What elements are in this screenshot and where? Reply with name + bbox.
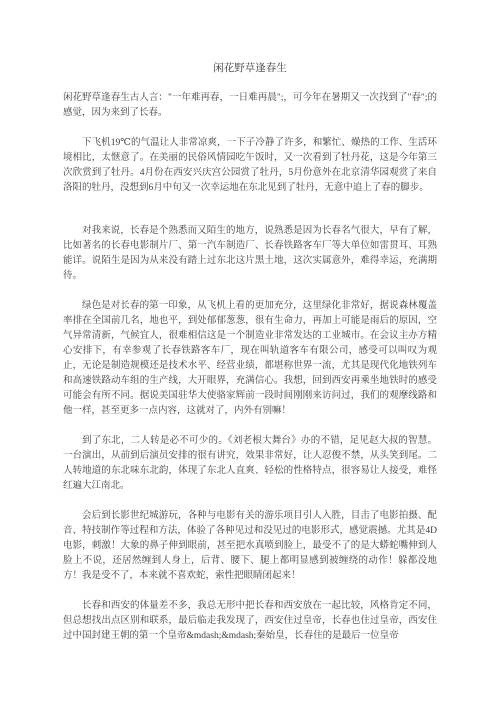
paragraph-movie-park: 会后到长影世纪城游玩，各种与电影有关的游乐项目引人入胜，目击了电影拍摄、配音、特… <box>63 509 437 584</box>
paragraph-arrival: 下飞机19℃的气温让人非常凉爽，一下子冷静了许多，和繁忙、燥热的工作、生活环境相… <box>63 136 437 196</box>
document-title: 闲花野草逢春生 <box>63 61 437 76</box>
paragraph-comparison: 长春和西安的体量差不多，我总无形中把长春和西安放在一起比较，风格肯定不同，但总想… <box>63 599 437 644</box>
document-content: 闲花野草逢春生 闲花野草逢春生古人言："一年难再春，一日难再晨";，可今年在暑期… <box>0 0 500 644</box>
paragraph-familiar-strange: 对我来说，长春是个熟悉而又陌生的地方，说熟悉是因为长春名气很大，早有了解，比如著… <box>63 224 437 284</box>
paragraph-green-impression: 绿色是对长春的第一印象，从飞机上看的更加充分，这里绿化非常好，据说森林覆盖率排在… <box>63 299 437 419</box>
paragraph-intro: 闲花野草逢春生古人言："一年难再春，一日难再晨";，可今年在暑期又一次找到了"春… <box>63 91 437 121</box>
document-page: 闲花野草逢春生 闲花野草逢春生古人言："一年难再春，一日难再晨";，可今年在暑期… <box>0 0 500 708</box>
paragraph-errenzhuan: 到了东北，二人转是必不可少的。《刘老根大舞台》办的不错，足见赵大叔的智慧。一台演… <box>63 434 437 494</box>
